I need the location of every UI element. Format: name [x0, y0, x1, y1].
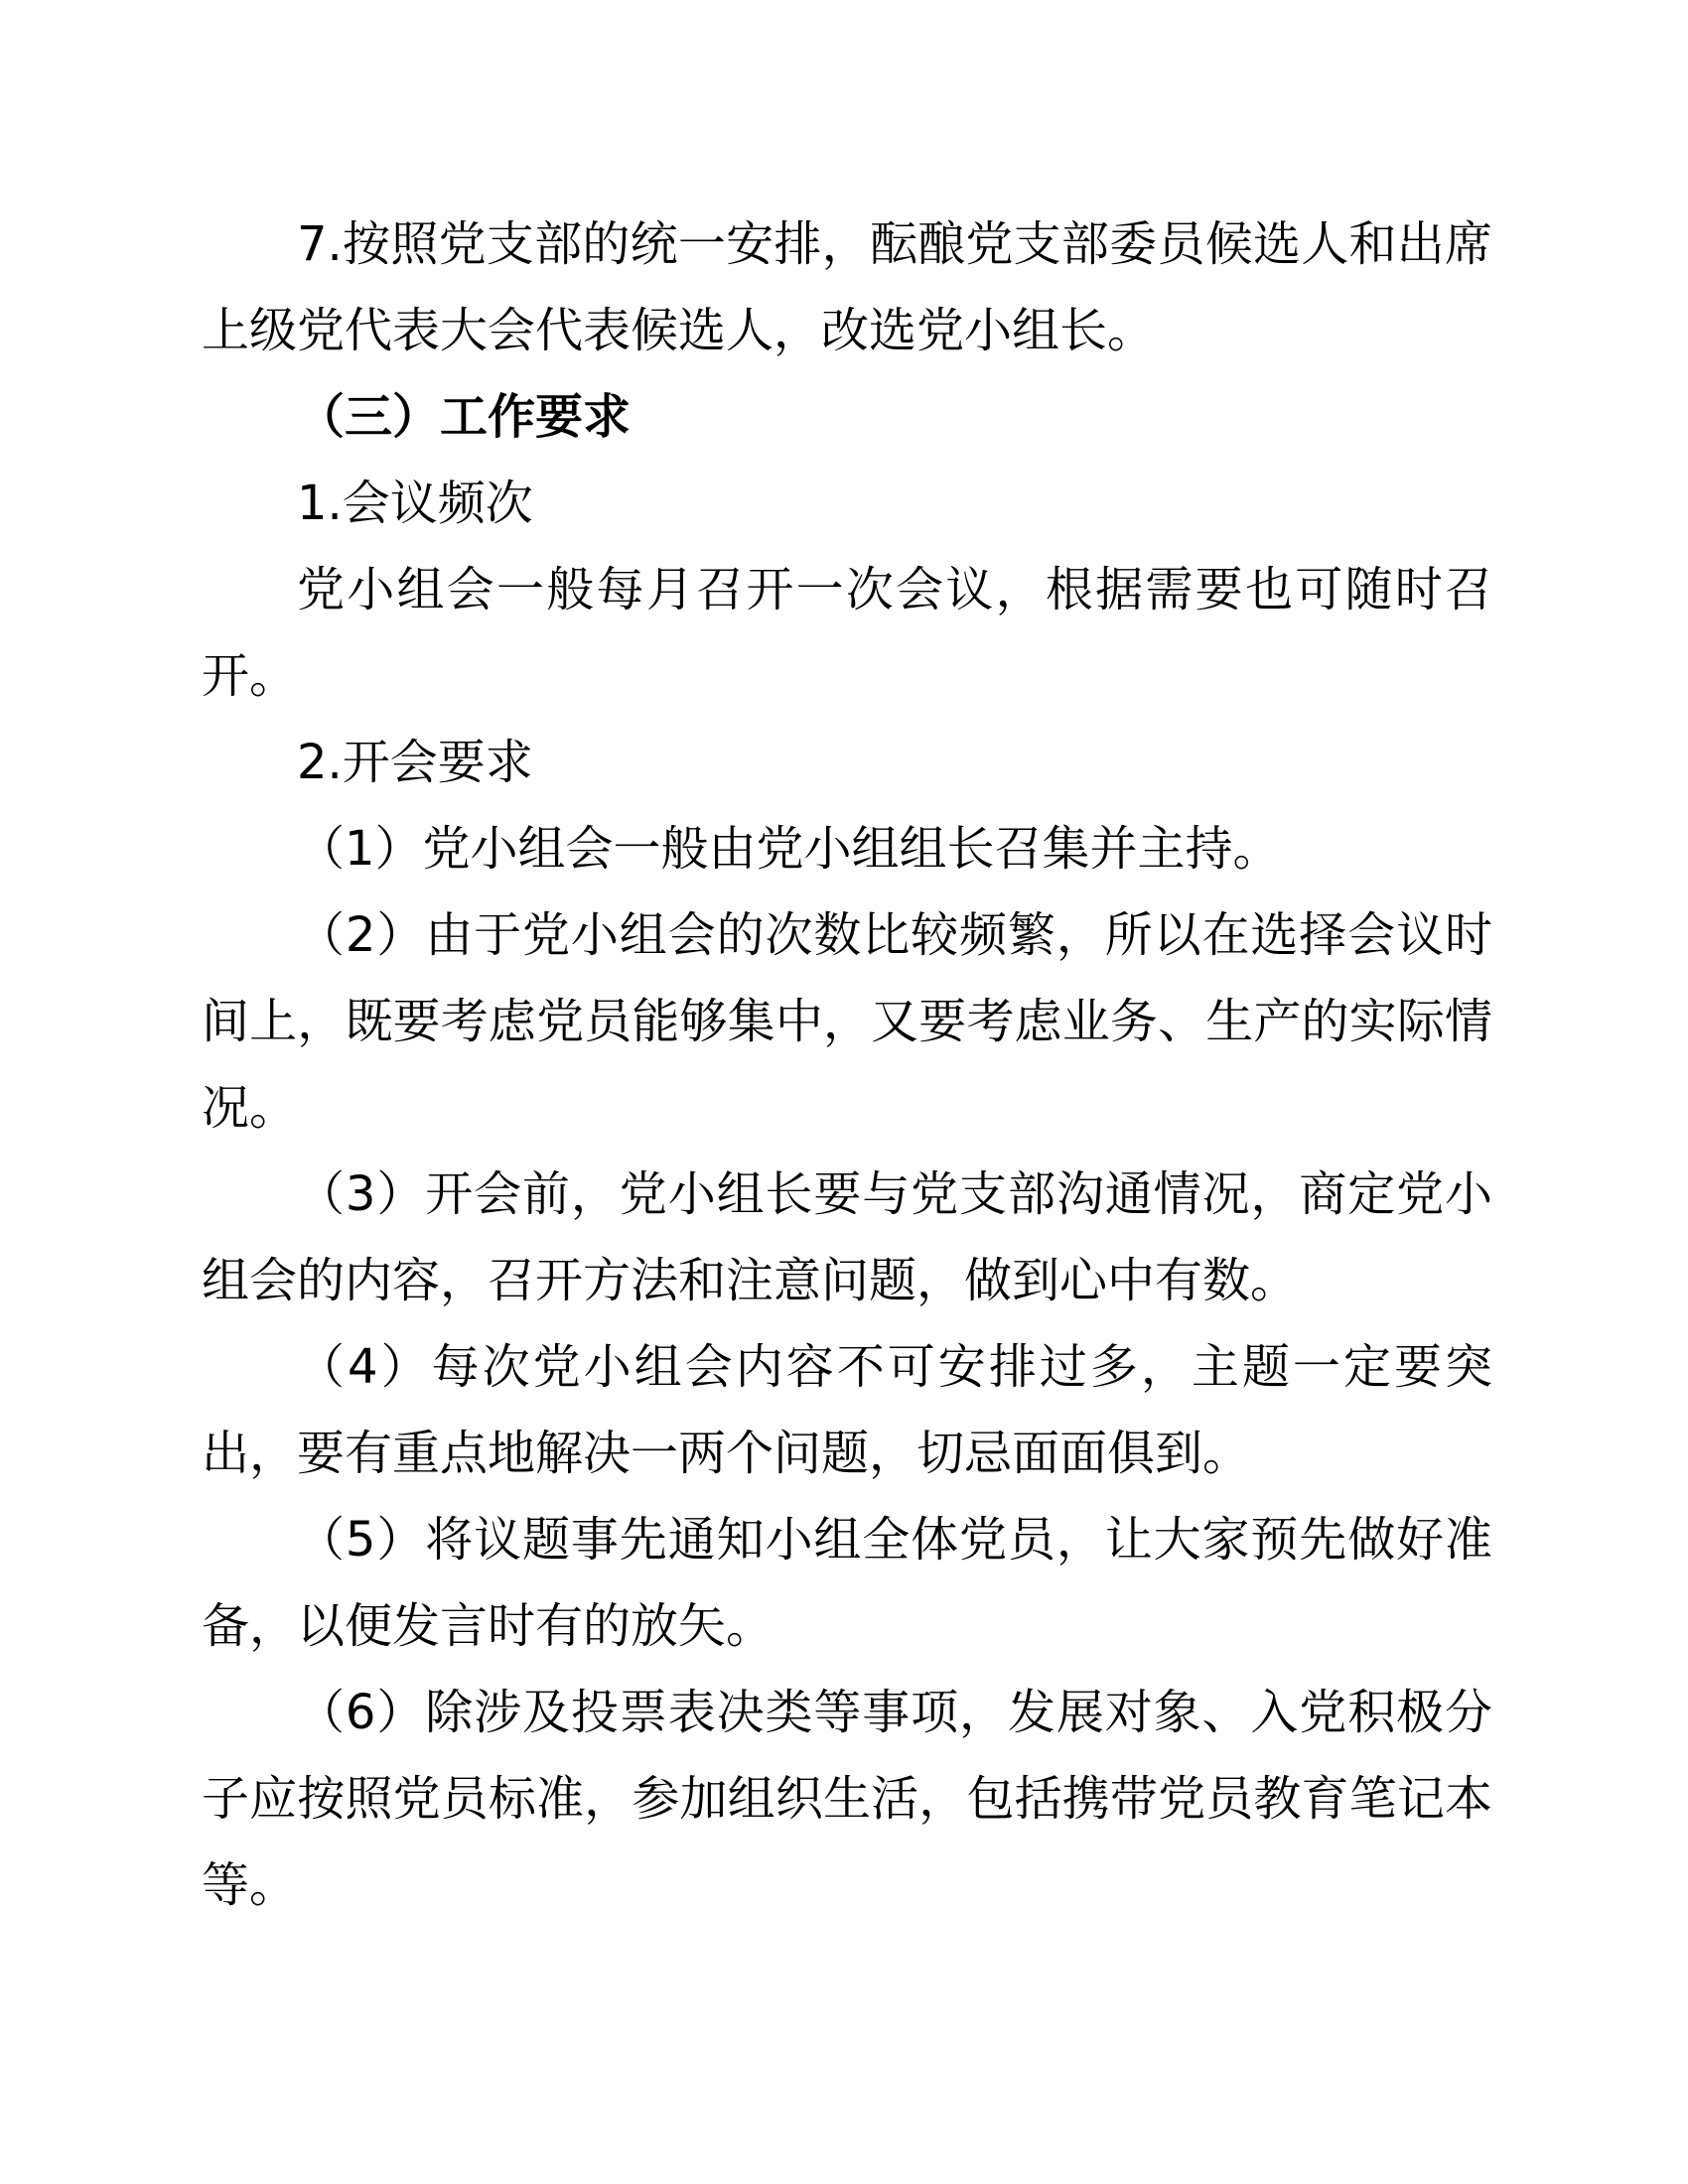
paragraph: 党小组会一般每月召开一次会议，根据需要也可随时召开。: [202, 547, 1492, 720]
section-heading: （三）工作要求: [202, 374, 1492, 461]
document-page: 7.按照党支部的统一安排，酝酿党支部委员候选人和出席上级党代表大会代表候选人，改…: [0, 0, 1688, 2184]
paragraph: （1）党小组会一般由党小组组长召集并主持。: [202, 806, 1492, 892]
paragraph: 2.开会要求: [202, 720, 1492, 806]
paragraph: 1.会议频次: [202, 461, 1492, 547]
paragraph: （2）由于党小组会的次数比较频繁，所以在选择会议时间上，既要考虑党员能够集中，又…: [202, 892, 1492, 1152]
document-body: 7.按照党支部的统一安排，酝酿党支部委员候选人和出席上级党代表大会代表候选人，改…: [202, 202, 1492, 1929]
paragraph: （5）将议题事先通知小组全体党员，让大家预先做好准备，以便发言时有的放矢。: [202, 1497, 1492, 1670]
paragraph: （3）开会前，党小组长要与党支部沟通情况，商定党小组会的内容，召开方法和注意问题…: [202, 1152, 1492, 1324]
paragraph: （4）每次党小组会内容不可安排过多，主题一定要突出，要有重点地解决一两个问题，切…: [202, 1324, 1492, 1497]
paragraph: （6）除涉及投票表决类等事项，发展对象、入党积极分子应按照党员标准，参加组织生活…: [202, 1670, 1492, 1929]
paragraph: 7.按照党支部的统一安排，酝酿党支部委员候选人和出席上级党代表大会代表候选人，改…: [202, 202, 1492, 374]
